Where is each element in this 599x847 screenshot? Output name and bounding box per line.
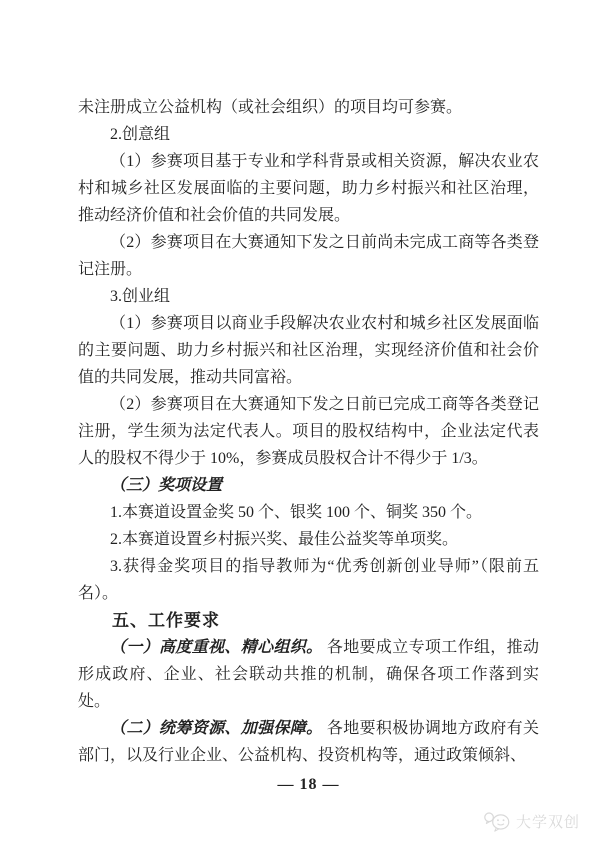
document-body: 未注册成立公益机构（或社会组织）的项目均可参赛。 2.创意组 （1）参赛项目基于… <box>78 94 539 798</box>
work-requirements-item-2: （二）统筹资源、加强保障。 各地要积极协调地方政府有关部门，以及行业企业、公益机… <box>78 715 539 769</box>
watermark: 大学双创 <box>483 810 580 833</box>
startup-group-item-2: （2）参赛项目在大赛通知下发之日前已完成工商等各类登记注册，学生须为法定代表人。… <box>78 391 539 472</box>
work-item-1-lead: （一）高度重视、精心组织。 <box>110 639 323 656</box>
watermark-text: 大学双创 <box>516 811 580 832</box>
creative-group-title: 2.创意组 <box>78 121 539 148</box>
work-item-2-lead: （二）统筹资源、加强保障。 <box>110 720 323 737</box>
awards-heading: （三）奖项设置 <box>78 472 539 499</box>
awards-item-3: 3.获得金奖项目的指导教师为“优秀创新创业导师”（限前五名）。 <box>78 553 539 607</box>
awards-item-1: 1.本赛道设置金奖 50 个、银奖 100 个、铜奖 350 个。 <box>78 499 539 526</box>
awards-item-2: 2.本赛道设置乡村振兴奖、最佳公益奖等单项奖。 <box>78 526 539 553</box>
startup-group-item-1: （1）参赛项目以商业手段解决农业农村和城乡社区发展面临的主要问题、助力乡村振兴和… <box>78 310 539 391</box>
creative-group-item-1: （1）参赛项目基于专业和学科背景或相关资源，解决农业农村和城乡社区发展面临的主要… <box>78 148 539 229</box>
work-requirements-item-1: （一）高度重视、精心组织。 各地要成立专项工作组，推动形成政府、企业、社会联动共… <box>78 634 539 715</box>
startup-group-title: 3.创业组 <box>78 283 539 310</box>
wechat-icon <box>483 810 511 833</box>
page-number: — 18 — <box>78 771 539 798</box>
document-page: 未注册成立公益机构（或社会组织）的项目均可参赛。 2.创意组 （1）参赛项目基于… <box>0 0 599 847</box>
work-requirements-heading: 五、工作要求 <box>78 607 539 634</box>
creative-group-item-2: （2）参赛项目在大赛通知下发之日前尚未完成工商等各类登记注册。 <box>78 229 539 283</box>
intro-line: 未注册成立公益机构（或社会组织）的项目均可参赛。 <box>78 94 539 121</box>
